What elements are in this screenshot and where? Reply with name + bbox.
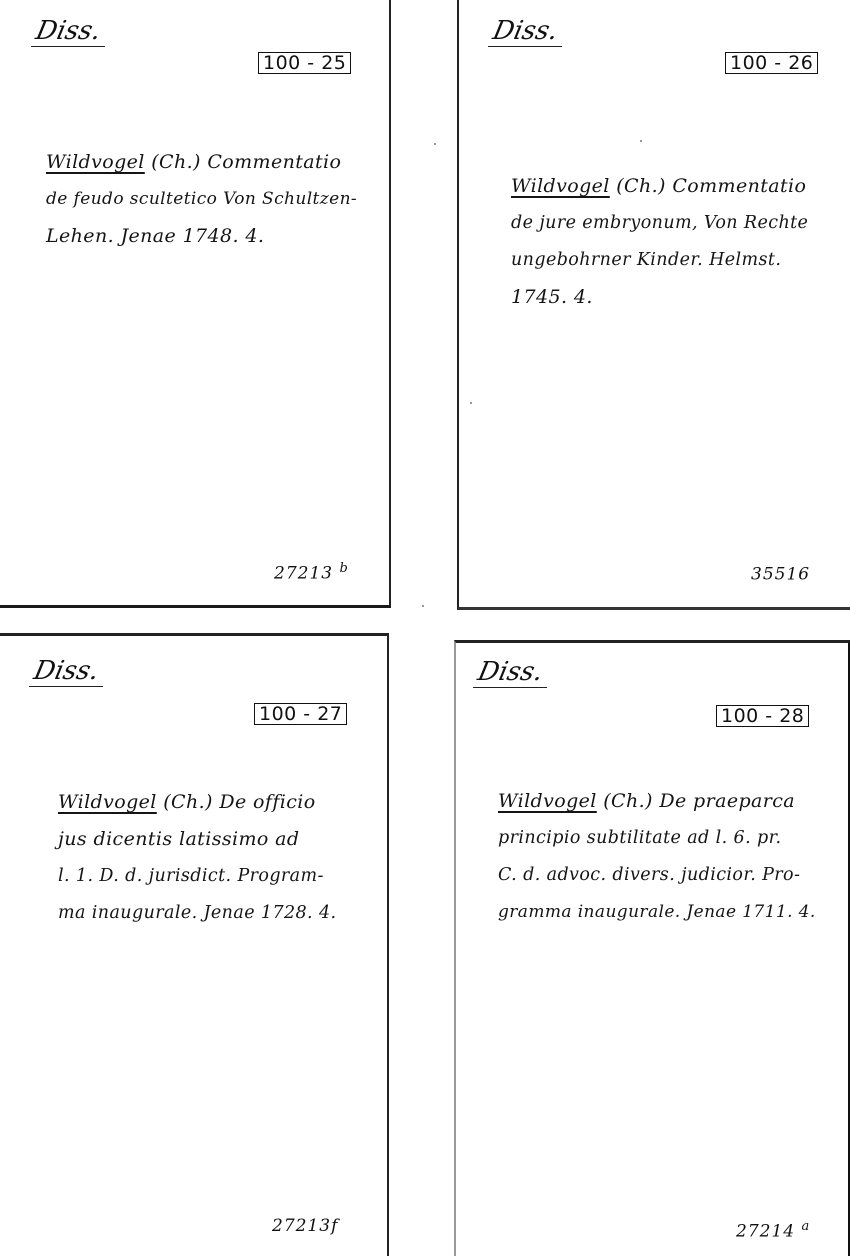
scan-speck [640,140,642,142]
dissertation-marker: Diss. [29,658,109,687]
accession-number: 35516 [751,562,810,585]
bibliographic-entry: Wildvogel (Ch.) De officio jus dicentis … [58,784,388,932]
accession-digits: 27214 [736,1222,795,1242]
call-number: 100 - 25 [258,52,351,74]
accession-suffix: a [802,1219,811,1234]
title-line: de jure embryonum, Von Rechte [511,205,850,242]
title-line: Commentatio [207,151,341,173]
title-line: De officio [219,791,315,813]
accession-number: 27214 a [736,1219,810,1242]
title-line: 1745. 4. [511,279,850,316]
catalog-card-100-26: Diss. 100 - 26 Wildvogel (Ch.) Commentat… [457,0,850,610]
accession-digits: 35516 [751,565,810,585]
author-name: Wildvogel [46,151,145,173]
title-line: ma inaugurale. Jenae 1728. 4. [58,895,388,932]
accession-digits: 27213 [272,1216,331,1236]
author-initial: (Ch.) [616,175,666,197]
title-line: principio subtilitate ad l. 6. pr. [498,820,850,857]
call-number: 100 - 27 [254,703,347,725]
accession-suffix: b [340,561,349,576]
title-line: l. 1. D. d. jurisdict. Program- [58,858,388,895]
catalog-card-100-28: Diss. 100 - 28 Wildvogel (Ch.) De praepa… [454,640,850,1256]
dissertation-marker: Diss. [31,18,111,47]
author-name: Wildvogel [58,791,157,813]
author-name: Wildvogel [511,175,610,197]
author-name: Wildvogel [498,790,597,812]
title-line: de feudo scultetico Von Schultzen- [46,181,391,218]
accession-number: 27213 b [274,561,349,584]
title-line: Commentatio [672,175,806,197]
accession-digits: 27213 [274,564,333,584]
call-number: 100 - 26 [725,52,818,74]
author-initial: (Ch.) [163,791,213,813]
scan-speck [422,605,424,607]
scan-speck [434,143,436,145]
title-line: De praeparca [659,790,795,812]
title-line: gramma inaugurale. Jenae 1711. 4. [498,894,850,931]
title-line: jus dicentis latissimo ad [58,821,388,858]
bibliographic-entry: Wildvogel (Ch.) De praeparca principio s… [498,783,850,931]
title-line: C. d. advoc. divers. judicior. Pro- [498,857,850,894]
dissertation-marker: Diss. [473,659,553,688]
catalog-card-100-27: Diss. 100 - 27 Wildvogel (Ch.) De offici… [0,633,389,1256]
call-number: 100 - 28 [716,705,809,727]
title-line: Lehen. Jenae 1748. 4. [46,218,391,255]
title-line: ungebohrner Kinder. Helmst. [511,242,850,279]
author-initial: (Ch.) [603,790,653,812]
accession-suffix: f [331,1216,338,1236]
accession-number: 27213f [272,1216,338,1236]
catalog-card-100-25: Diss. 100 - 25 Wildvogel (Ch.) Commentat… [0,0,391,608]
author-initial: (Ch.) [151,151,201,173]
scan-speck [470,402,472,404]
dissertation-marker: Diss. [488,18,568,47]
bibliographic-entry: Wildvogel (Ch.) Commentatio de jure embr… [511,168,850,316]
bibliographic-entry: Wildvogel (Ch.) Commentatio de feudo scu… [46,144,391,255]
